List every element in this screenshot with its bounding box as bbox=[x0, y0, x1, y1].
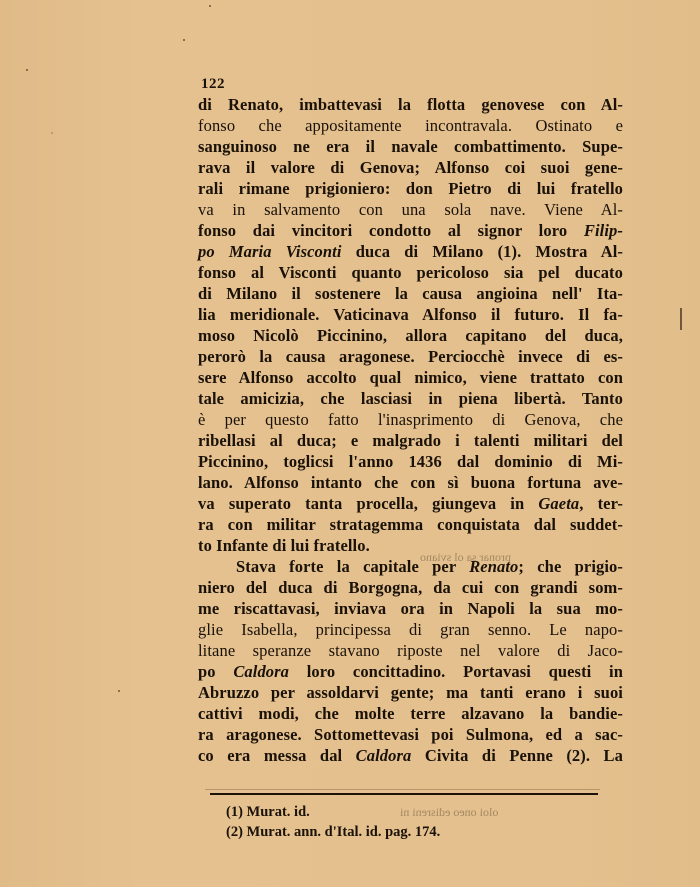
text-line: fonso al Visconti quanto pericoloso sia … bbox=[198, 262, 623, 283]
text-line: fonso dai vincitori condotto al signor l… bbox=[198, 220, 623, 241]
italic-name: Filip- bbox=[584, 221, 623, 240]
bleed-through-text: pronar sa ol sviano bbox=[420, 550, 511, 565]
text-line: rali rimane prigioniero: don Pietro di l… bbox=[198, 178, 623, 199]
text-line: ra con militar stratagemma conquistata d… bbox=[198, 514, 623, 535]
text-segment: po bbox=[198, 662, 233, 681]
text-segment: duca di Milano (1). Mostra Al- bbox=[342, 242, 623, 261]
footnotes: (1) Murat. id. (2) Murat. ann. d'Ital. i… bbox=[226, 802, 586, 842]
text-line: di Renato, imbattevasi la flotta genoves… bbox=[198, 94, 623, 115]
text-segment: Civita di Penne (2). La bbox=[411, 746, 623, 765]
text-line: fonso che appositamente incontravala. Os… bbox=[198, 115, 623, 136]
text-line: sanguinoso ne era il navale combattiment… bbox=[198, 136, 623, 157]
text-line: cattivi modi, che molte terre alzavano l… bbox=[198, 703, 623, 724]
text-line: va in salvamento con una sola nave. Vien… bbox=[198, 199, 623, 220]
scan-speck bbox=[51, 132, 53, 134]
text-line: Abruzzo per assoldarvi gente; ma tanti e… bbox=[198, 682, 623, 703]
text-segment: va superato tanta procella, giungeva in bbox=[198, 494, 538, 513]
scan-speck bbox=[26, 69, 28, 71]
text-line: Stava forte la capitale per Renato; che … bbox=[198, 556, 623, 577]
text-line: niero del duca di Borgogna, da cui con g… bbox=[198, 577, 623, 598]
page-edge-mark bbox=[680, 308, 682, 330]
text-line: va superato tanta procella, giungeva in … bbox=[198, 493, 623, 514]
text-line: Piccinino, toglicsi l'anno 1436 dal domi… bbox=[198, 451, 623, 472]
page-number: 122 bbox=[201, 76, 225, 93]
text-line: po Maria Visconti duca di Milano (1). Mo… bbox=[198, 241, 623, 262]
text-line: tale amicizia, che lasciasi in piena lib… bbox=[198, 388, 623, 409]
text-line: me riscattavasi, inviava ora in Napoli l… bbox=[198, 598, 623, 619]
text-line: lano. Alfonso intanto che con sì buona f… bbox=[198, 472, 623, 493]
scanned-book-page: 122 di Renato, imbattevasi la flotta gen… bbox=[0, 0, 700, 887]
text-line: ra aragonese. Sottomettevasi poi Sulmona… bbox=[198, 724, 623, 745]
text-line: moso Nicolò Piccinino, allora capitano d… bbox=[198, 325, 623, 346]
italic-name: Gaeta bbox=[538, 494, 579, 513]
footnote-1: (1) Murat. id. bbox=[226, 802, 586, 822]
text-segment: , ter- bbox=[579, 494, 623, 513]
body-text: di Renato, imbattevasi la flotta genoves… bbox=[198, 94, 623, 766]
text-segment: loro concittadino. Portavasi questi in bbox=[289, 662, 623, 681]
footnote-separator bbox=[210, 793, 598, 795]
text-line: rava il valore di Genova; Alfonso coi su… bbox=[198, 157, 623, 178]
text-line: sere Alfonso accolto qual nimico, viene … bbox=[198, 367, 623, 388]
faint-rule bbox=[205, 789, 600, 790]
text-line: litane speranze stavano riposte nel valo… bbox=[198, 640, 623, 661]
italic-name: Caldora bbox=[233, 662, 289, 681]
text-line: po Caldora loro concittadino. Portavasi … bbox=[198, 661, 623, 682]
text-line: è per questo fatto l'inasprimento di Gen… bbox=[198, 409, 623, 430]
text-line: lia meridionale. Vaticinava Alfonso il f… bbox=[198, 304, 623, 325]
text-line: ribellasi al duca; e malgrado i talenti … bbox=[198, 430, 623, 451]
text-line: co era messa dal Caldora Civita di Penne… bbox=[198, 745, 623, 766]
footnote-2: (2) Murat. ann. d'Ital. id. pag. 174. bbox=[226, 822, 586, 842]
text-segment: co era messa dal bbox=[198, 746, 356, 765]
text-line: di Milano il sostenere la causa angioina… bbox=[198, 283, 623, 304]
scan-speck bbox=[118, 690, 120, 692]
text-segment: ; che prigio- bbox=[518, 557, 623, 576]
text-line: perorò la causa aragonese. Perciocchè in… bbox=[198, 346, 623, 367]
scan-speck bbox=[183, 39, 185, 41]
italic-name: Caldora bbox=[356, 746, 412, 765]
text-line: glie Isabella, principessa di gran senno… bbox=[198, 619, 623, 640]
italic-name: po Maria Visconti bbox=[198, 242, 342, 261]
text-line: to Infante di lui fratello. bbox=[198, 535, 623, 556]
text-segment: fonso dai vincitori condotto al signor l… bbox=[198, 221, 584, 240]
scan-speck bbox=[209, 5, 211, 7]
